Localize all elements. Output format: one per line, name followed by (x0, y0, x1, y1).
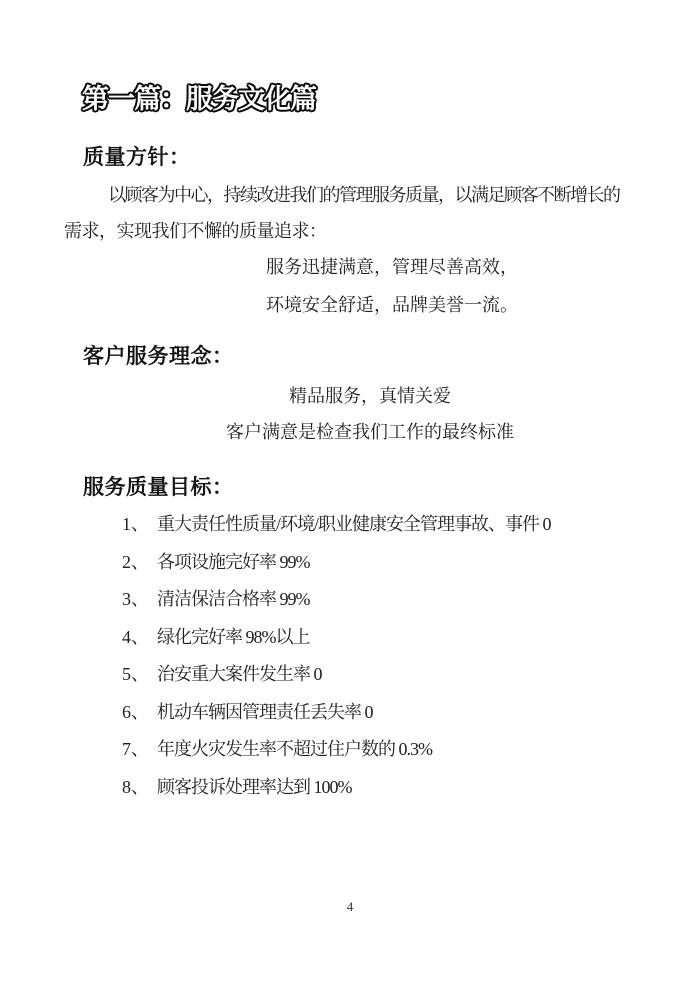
goal-number: 4、 (122, 626, 157, 648)
policy-slogan-line-2: 环境安全舒适，品牌美誉一流。 (64, 294, 698, 317)
goal-number: 6、 (122, 701, 157, 723)
goal-number: 8、 (122, 776, 157, 798)
goal-text: 各项设施完好率 99% (157, 551, 310, 573)
goal-item: 6、 机动车辆因管理责任丢失率 0 (122, 701, 551, 723)
goal-text: 绿化完好率 98%以上 (157, 626, 310, 648)
section-heading-quality-policy: 质量方针： (83, 145, 191, 170)
goal-item: 3、 清洁保洁合格率 99% (122, 588, 551, 610)
goal-text: 机动车辆因管理责任丢失率 0 (157, 701, 373, 723)
goal-item: 5、 治安重大案件发生率 0 (122, 663, 551, 685)
page-number: 4 (0, 899, 700, 915)
goal-number: 5、 (122, 663, 157, 685)
policy-paragraph-line-1: 以顾客为中心，持续改进我们的管理服务质量，以满足顾客不断增长的 (108, 184, 620, 207)
goal-text: 顾客投诉处理率达到 100% (157, 776, 352, 798)
chapter-title: 第一篇：服务文化篇 (82, 84, 316, 116)
goal-text: 年度火灾发生率不超过住户数的 0.3% (157, 738, 432, 760)
goal-number: 7、 (122, 738, 157, 760)
goal-item: 7、 年度火灾发生率不超过住户数的 0.3% (122, 738, 551, 760)
goal-number: 1、 (122, 513, 157, 535)
goal-text: 重大责任性质量/环境/职业健康安全管理事故、事件 0 (157, 513, 551, 535)
section-heading-quality-goals: 服务质量目标： (83, 475, 234, 500)
goal-item: 2、 各项设施完好率 99% (122, 551, 551, 573)
goal-text: 治安重大案件发生率 0 (157, 663, 322, 685)
policy-slogan-line-1: 服务迅捷满意，管理尽善高效， (64, 256, 698, 279)
goal-item: 8、 顾客投诉处理率达到 100% (122, 776, 551, 798)
concept-line-2: 客户满意是检查我们工作的最终标准 (64, 421, 676, 444)
section-heading-service-concept: 客户服务理念： (83, 344, 234, 369)
goal-number: 2、 (122, 551, 157, 573)
concept-line-1: 精品服务，真情关爱 (64, 385, 676, 408)
goal-item: 1、 重大责任性质量/环境/职业健康安全管理事故、事件 0 (122, 513, 551, 535)
goal-text: 清洁保洁合格率 99% (157, 588, 310, 610)
goal-item: 4、 绿化完好率 98%以上 (122, 626, 551, 648)
quality-goals-list: 1、 重大责任性质量/环境/职业健康安全管理事故、事件 0 2、 各项设施完好率… (122, 513, 551, 798)
goal-number: 3、 (122, 588, 157, 610)
policy-paragraph-line-2: 需求，实现我们不懈的质量追求： (64, 220, 327, 243)
document-page: 第一篇：服务文化篇 质量方针： 以顾客为中心，持续改进我们的管理服务质量，以满足… (0, 0, 700, 990)
